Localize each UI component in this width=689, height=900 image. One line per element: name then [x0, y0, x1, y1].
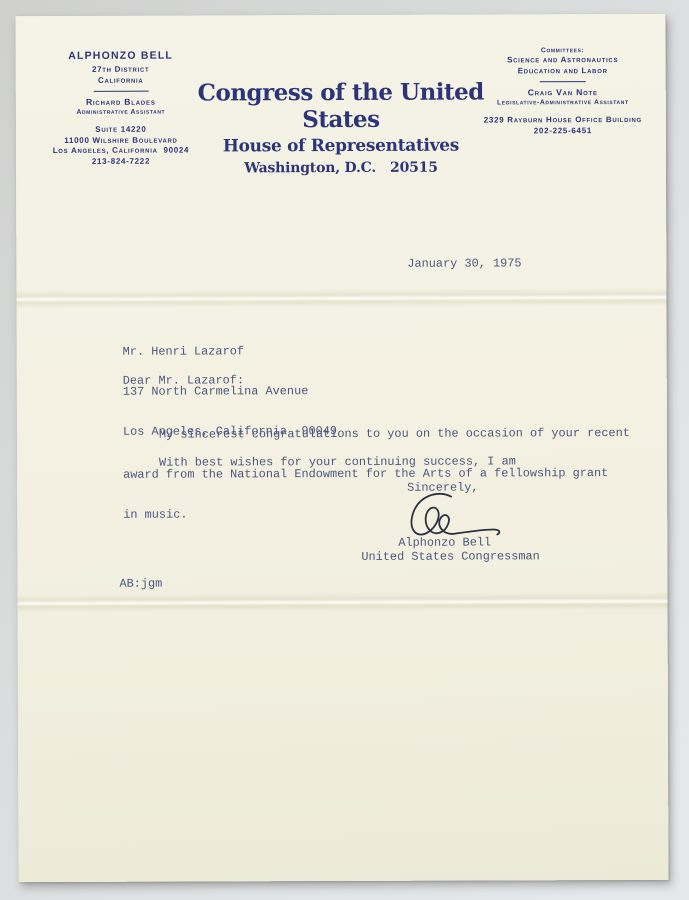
letterhead-divider-left: [93, 91, 148, 92]
letterhead-committees-block: Committees: Science and Astronautics Edu…: [454, 46, 672, 137]
office-phone-right: 202-225-6451: [454, 125, 672, 136]
office-building-right: 2329 Rayburn House Office Building: [454, 115, 672, 126]
body-paragraph-2: With best wishes for your continuing suc…: [123, 455, 516, 470]
letterhead-divider-right: [540, 81, 586, 82]
fold-crease-top: [16, 288, 666, 308]
masthead-line-3: Washington, D.C. 20515: [174, 159, 508, 176]
body-line: in music.: [123, 507, 630, 522]
body-line: My sincerest congratulations to you on t…: [123, 427, 630, 442]
recipient-name: Mr. Henri Lazarof: [123, 345, 337, 359]
member-district: 27th District: [22, 64, 220, 75]
reference-initials: AB:jgm: [119, 578, 162, 592]
signer-title: United States Congressman: [361, 550, 539, 564]
assistant-title-right: Legislative-Administrative Assistant: [454, 98, 672, 109]
member-name: ALPHONZO BELL: [22, 49, 220, 62]
letter-paper: ALPHONZO BELL 27th District California R…: [15, 14, 668, 882]
committee-1: Science and Astronautics: [454, 55, 672, 66]
committee-2: Education and Labor: [454, 65, 672, 76]
assistant-name-right: Craig Van Note: [454, 87, 672, 99]
signer-name: Alphonzo Bell: [398, 536, 491, 550]
body-paragraph-1: My sincerest congratulations to you on t…: [123, 400, 630, 549]
fold-crease-bottom: [18, 592, 668, 612]
letter-date: January 30, 1975: [407, 257, 521, 271]
salutation: Dear Mr. Lazarof:: [123, 374, 244, 388]
masthead-line-2: House of Representatives: [174, 135, 508, 156]
